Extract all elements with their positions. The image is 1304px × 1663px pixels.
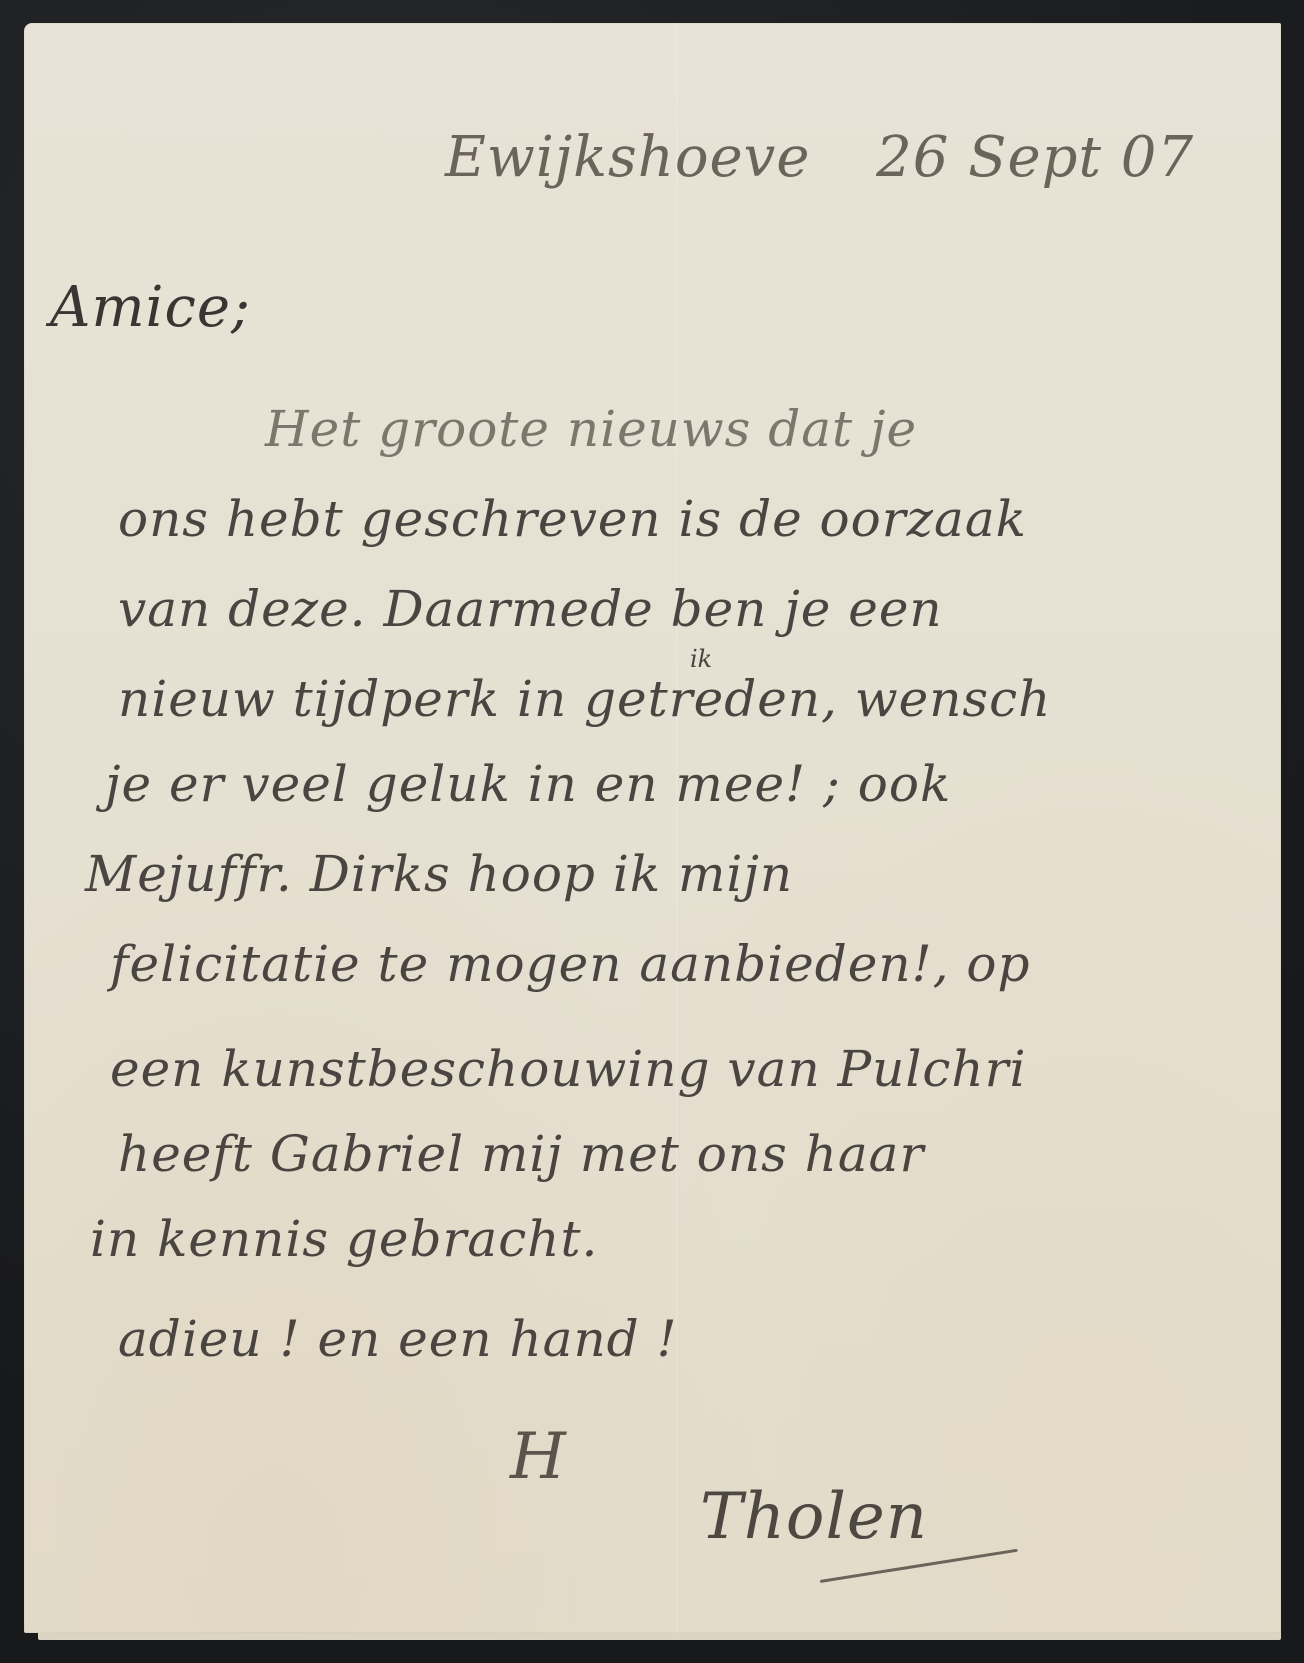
place-name: Ewijkshoeve bbox=[445, 125, 810, 190]
letter-date: 26 Sept 07 bbox=[876, 125, 1194, 190]
body-line-4: nieuw tijdperk in getreden, wensch bbox=[118, 670, 1051, 728]
salutation: Amice; bbox=[50, 275, 251, 340]
letter-header: Ewijkshoeve 26 Sept 07 bbox=[445, 125, 1194, 190]
signature-name: Tholen bbox=[700, 1480, 928, 1554]
paper-fold-line bbox=[676, 23, 677, 1633]
interlinear-insert: ik bbox=[690, 645, 712, 673]
body-line-3: van deze. Daarmede ben je een bbox=[118, 580, 943, 638]
body-line-1: Het groote nieuws dat je bbox=[265, 400, 917, 458]
body-line-2: ons hebt geschreven is de oorzaak bbox=[118, 490, 1027, 548]
body-line-8: een kunstbeschouwing van Pulchri bbox=[110, 1040, 1026, 1098]
letter-paper bbox=[24, 23, 1281, 1633]
body-line-6: Mejuffr. Dirks hoop ik mijn bbox=[85, 845, 793, 903]
body-line-5: je er veel geluk in en mee! ; ook bbox=[105, 755, 951, 813]
body-line-7: felicitatie te mogen aanbieden!, op bbox=[110, 935, 1031, 993]
body-line-11: adieu ! en een hand ! bbox=[118, 1310, 678, 1368]
signature-initial: H bbox=[510, 1420, 567, 1494]
body-line-10: in kennis gebracht. bbox=[90, 1210, 598, 1268]
body-line-9: heeft Gabriel mij met ons haar bbox=[118, 1125, 924, 1183]
scanned-letter: Ewijkshoeve 26 Sept 07 Amice; Het groote… bbox=[0, 0, 1304, 1663]
